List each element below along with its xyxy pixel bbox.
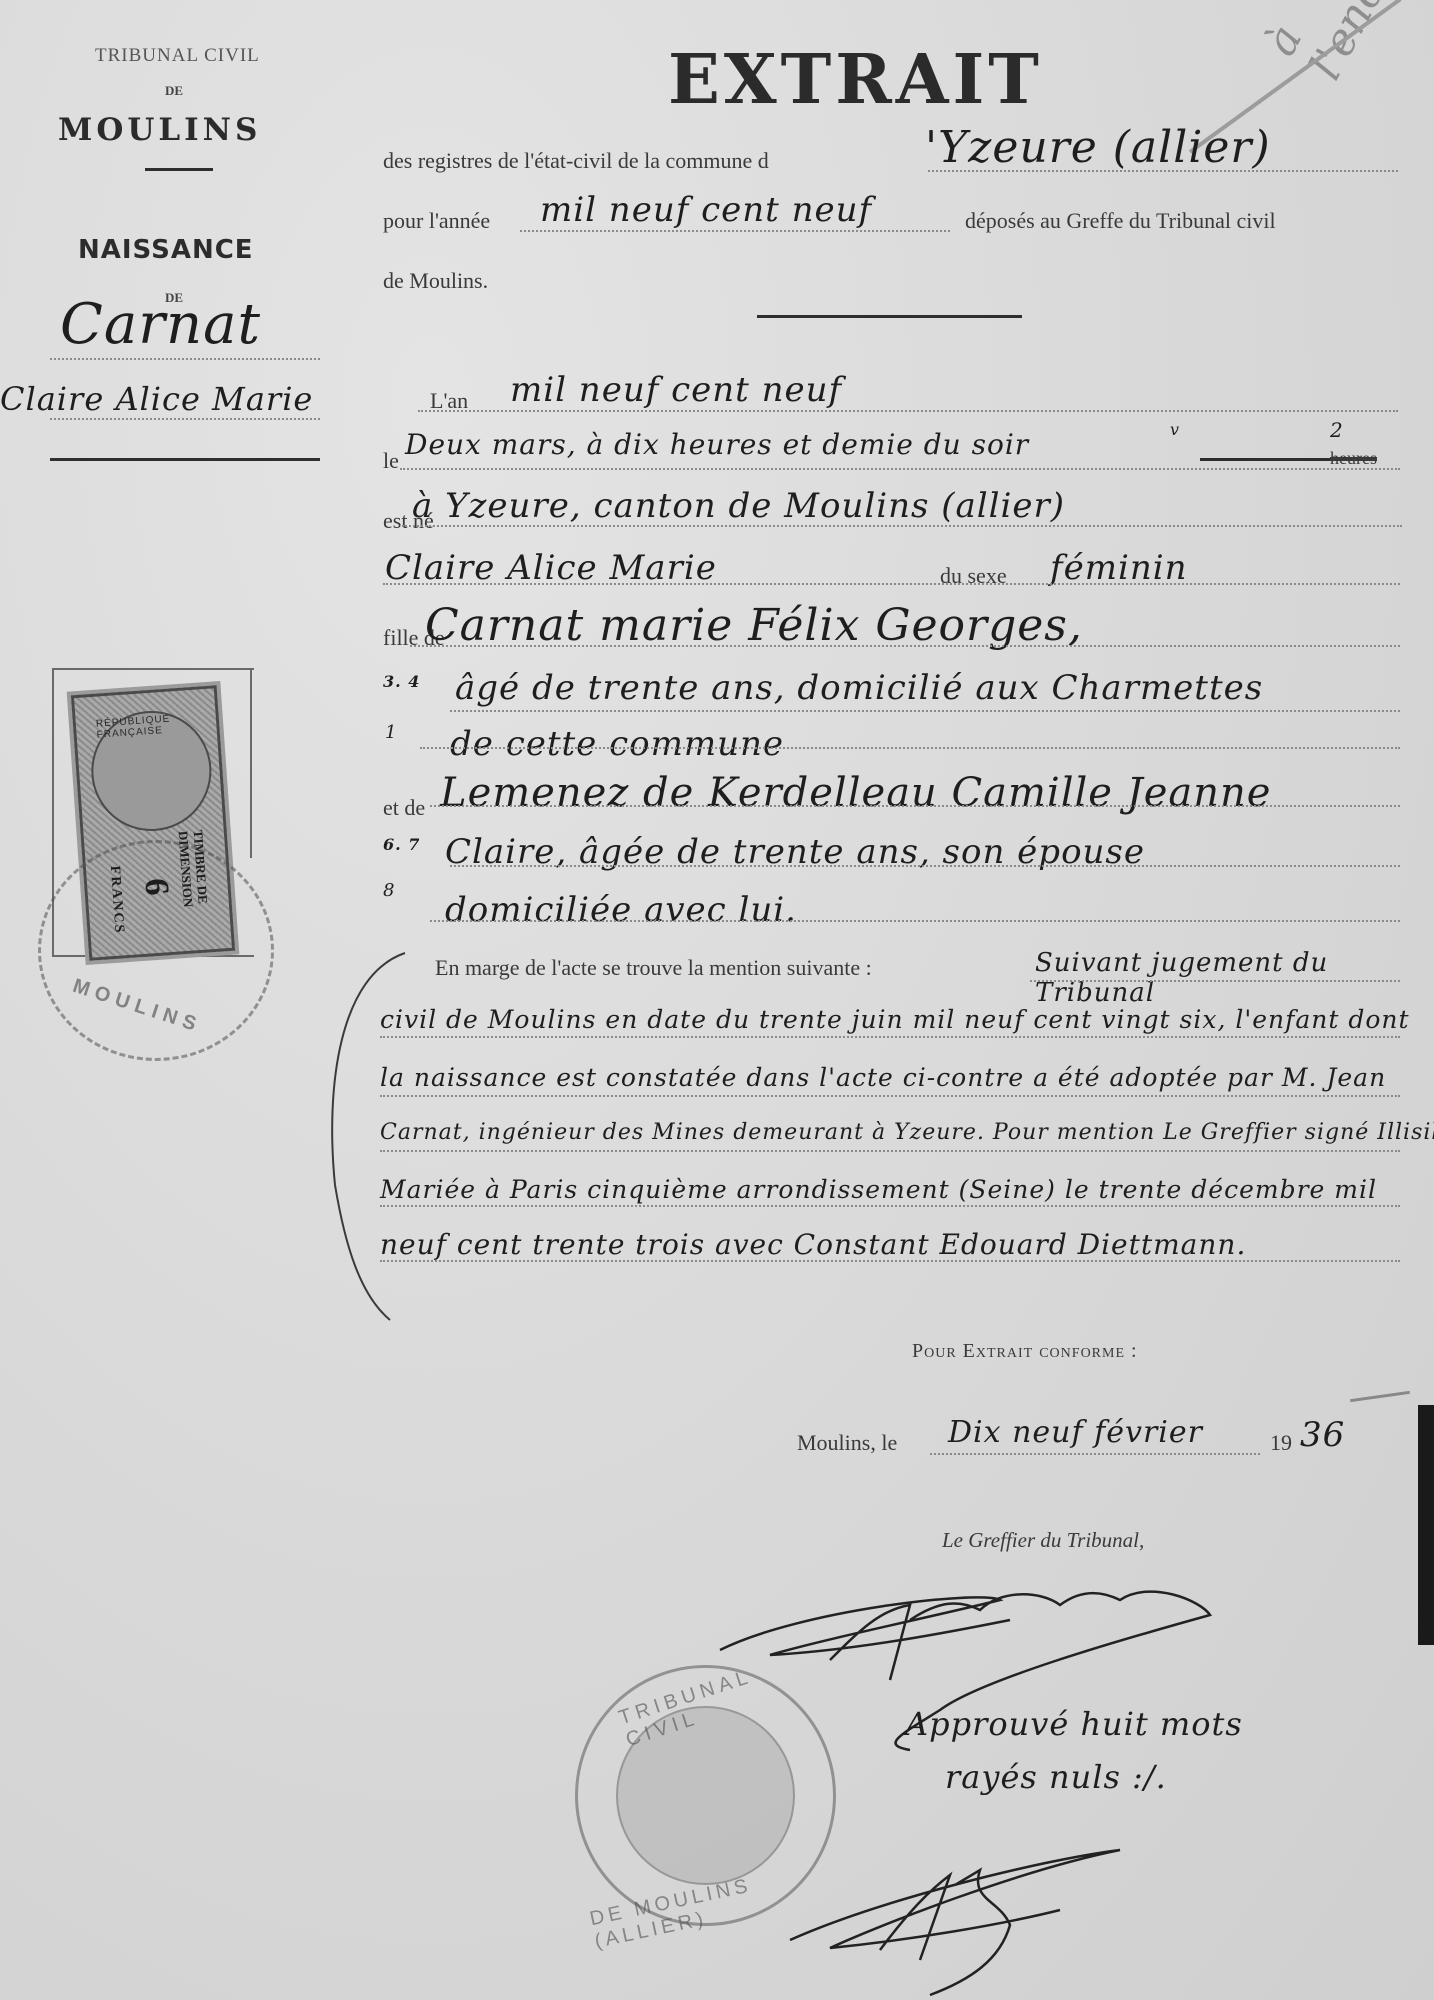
year-line-label: pour l'année <box>383 208 490 234</box>
approval-line-2: rayés nuls :/. <box>945 1758 1167 1796</box>
marginal-note-line-6: neuf cent trente trois avec Constant Edo… <box>380 1228 1246 1261</box>
hours-struck: heures <box>1330 448 1377 469</box>
father-line-corrections: 3. 4 <box>383 672 420 691</box>
mother-name: Lemenez de Kerdelleau Camille Jeanne <box>440 770 1271 816</box>
father-name: Carnat marie Félix Georges, <box>425 600 1083 651</box>
father-age-residence: âgé de trente ans, domicilié aux Charmet… <box>455 668 1263 708</box>
dotted-line <box>400 468 1400 470</box>
deposit-line-label: déposés au Greffe du Tribunal civil <box>965 208 1276 234</box>
divider <box>50 458 320 461</box>
birth-place: à Yzeure, canton de Moulins (allier) <box>412 486 1065 526</box>
dotted-line <box>380 1150 1400 1152</box>
residence-correction: 8 <box>383 880 395 901</box>
child-name: Claire Alice Marie <box>385 548 717 588</box>
dotted-line <box>520 230 950 232</box>
dotted-line <box>383 583 1400 585</box>
year-suffix: 36 <box>1300 1415 1345 1455</box>
hours-correction: 2 <box>1330 418 1344 442</box>
court-de-label: DE <box>165 83 183 99</box>
signatory-title: Le Greffier du Tribunal, <box>942 1528 1144 1553</box>
sex-value: féminin <box>1050 548 1188 588</box>
dotted-line <box>402 525 1402 527</box>
dotted-line <box>50 358 320 360</box>
dotted-line <box>380 1260 1400 1262</box>
dotted-line <box>450 710 1400 712</box>
marginal-note-line-3: la naissance est constatée dans l'acte c… <box>380 1063 1386 1092</box>
date-label: le <box>383 448 399 474</box>
date-marginal-mark: v <box>1170 420 1180 439</box>
postmark-circle <box>38 840 274 1061</box>
dotted-line <box>418 410 1398 412</box>
place-label: Moulins, le <box>797 1430 897 1456</box>
marginal-note-line-2: civil de Moulins en date du trente juin … <box>380 1005 1410 1034</box>
mother-line-corrections: 6. 7 <box>383 835 420 854</box>
marginal-note-line-1: Suivant jugement du Tribunal <box>1035 948 1434 1008</box>
moulins-line: de Moulins. <box>383 268 488 294</box>
strike-line <box>1200 458 1330 461</box>
certification-heading: Pour Extrait conforme : <box>912 1340 1138 1363</box>
dotted-line <box>420 747 1400 749</box>
dotted-line <box>380 1205 1400 1207</box>
page-edge-shadow <box>1418 1405 1434 1645</box>
certification-date: Dix neuf février <box>948 1415 1203 1450</box>
divider <box>145 168 213 171</box>
divider <box>757 315 1022 318</box>
year-value: mil neuf cent neuf <box>510 370 842 410</box>
court-name-line: TRIBUNAL CIVIL <box>95 45 260 67</box>
and-of-label: et de <box>383 795 425 821</box>
dotted-line <box>50 418 320 420</box>
document-title: EXTRAIT <box>668 40 1043 120</box>
marginal-note-label: En marge de l'acte se trouve la mention … <box>435 955 872 981</box>
dotted-line <box>380 1036 1400 1038</box>
subject-surname: Carnat <box>60 292 261 357</box>
residence-text: domiciliée avec lui. <box>445 890 797 930</box>
dotted-line <box>410 645 1400 647</box>
court-city: MOULINS <box>58 112 261 148</box>
approval-line-1: Approuvé huit mots <box>905 1705 1243 1743</box>
dotted-line <box>450 865 1400 867</box>
registry-year-value: mil neuf cent neuf <box>540 190 872 230</box>
dotted-line <box>1030 980 1400 982</box>
year-prefix: 19 <box>1270 1430 1292 1456</box>
dotted-line <box>928 170 1398 172</box>
commune-value: 'Yzeure (allier) <box>925 122 1271 173</box>
marginal-note-line-4: Carnat, ingénieur des Mines demeurant à … <box>380 1120 1434 1145</box>
date-value: Deux mars, à dix heures et demie du soir <box>405 428 1029 461</box>
subject-given-names: Claire Alice Marie <box>0 380 313 418</box>
dotted-line <box>930 1453 1260 1455</box>
registry-line-label: des registres de l'état-civil de la comm… <box>383 148 769 174</box>
marginal-note-line-5: Mariée à Paris cinquième arrondissement … <box>380 1175 1377 1204</box>
stamp-frame-edge <box>250 668 252 858</box>
sex-label: du sexe <box>940 563 1007 589</box>
commune-text: de cette commune <box>450 724 784 764</box>
act-type-heading: NAISSANCE <box>78 235 254 265</box>
paper-tear <box>1350 1391 1410 1402</box>
dotted-line <box>380 1095 1400 1097</box>
initials-paraph-icon <box>760 1830 1160 2000</box>
dotted-line <box>430 805 1400 807</box>
commune-correction: 1 <box>385 722 397 743</box>
dotted-line <box>430 920 1400 922</box>
